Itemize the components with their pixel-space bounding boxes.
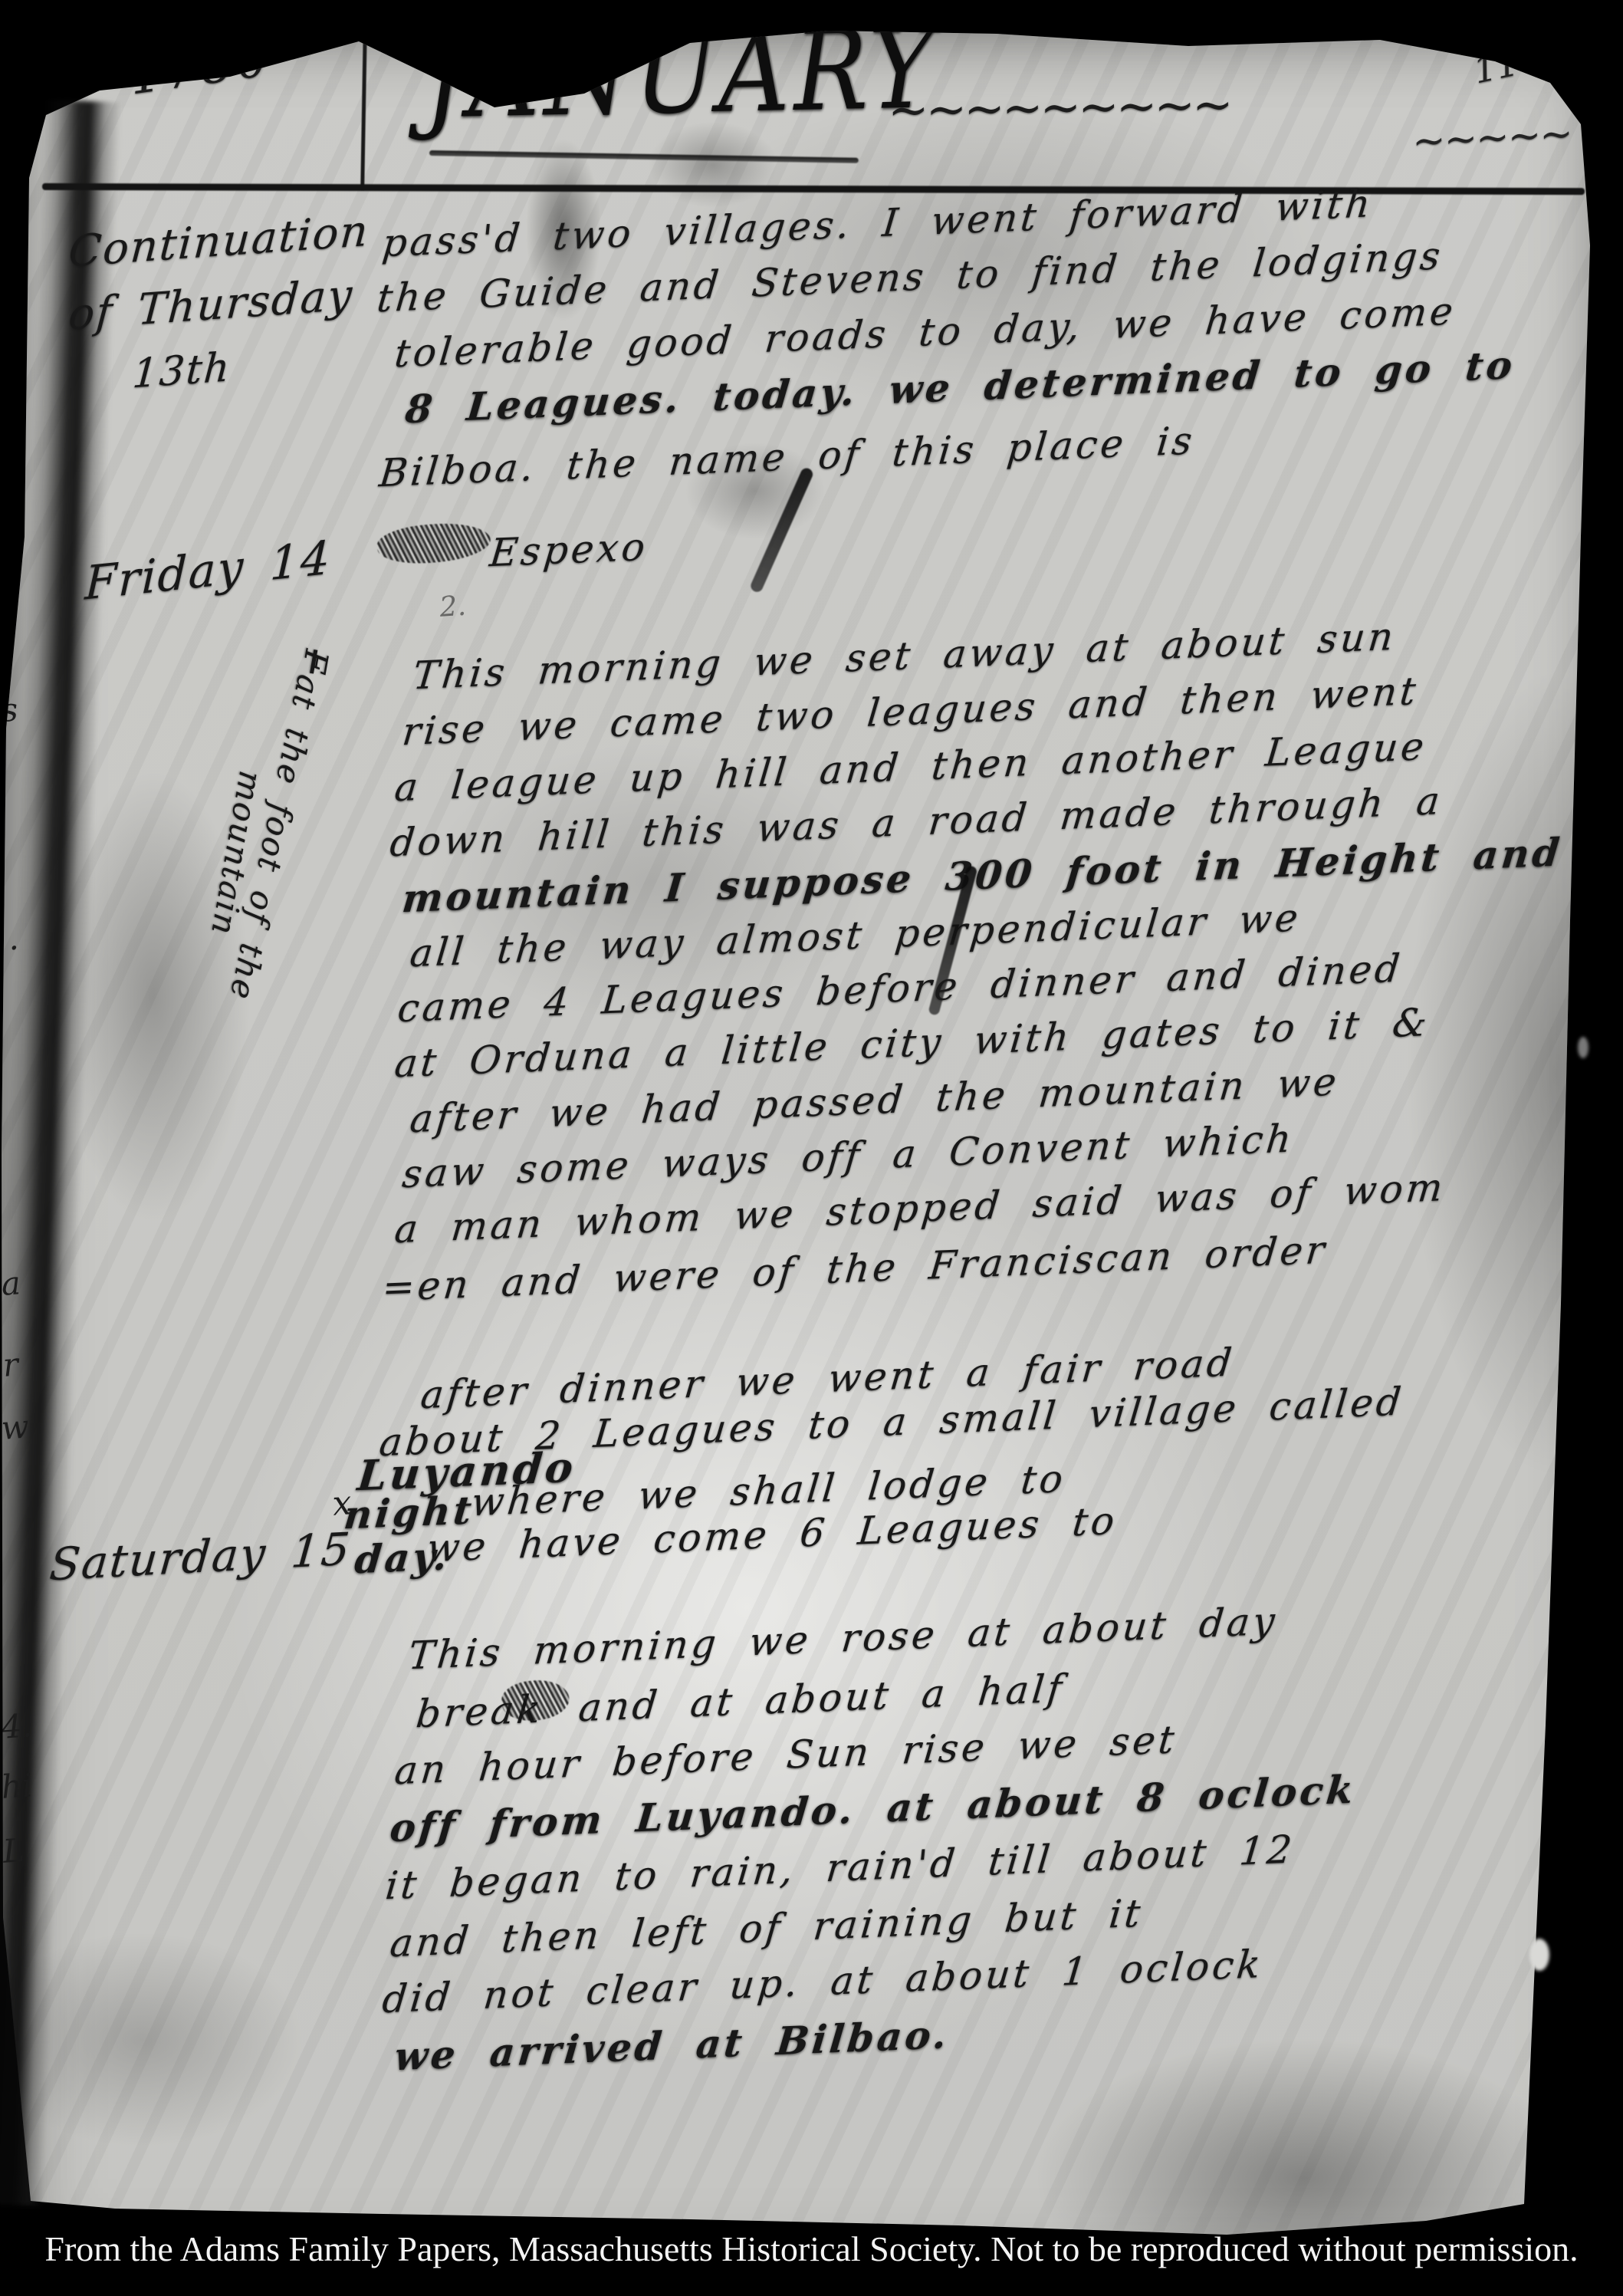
corner-flourish: ~~~~~: [1411, 111, 1573, 166]
margin-heading: 13th: [131, 344, 232, 397]
margin-heading: Friday 14: [84, 531, 333, 610]
photo-speck: [1578, 1037, 1589, 1058]
photo-speck: [1529, 1939, 1549, 1971]
manuscript-line: Espexo: [488, 525, 650, 576]
edge-fragment: r: [2, 1346, 19, 1384]
margin-note: F: [294, 646, 336, 676]
month-title: JANUARY: [423, 4, 940, 144]
manuscript-line: and at about a half: [577, 1666, 1066, 1731]
page-number: 11: [1470, 42, 1522, 92]
edge-fragment: w: [0, 1407, 30, 1446]
edge-fragment: ·: [8, 929, 21, 967]
edge-fragment: 4.: [0, 1706, 33, 1746]
struck-word-scribble: [376, 519, 492, 567]
manuscript-line: Bilboa. the name of this place is: [377, 418, 1197, 495]
diary-page-scan: 1780 JANUARY ~~~~~~~~~ ~~~~~ 11 Continua…: [0, 0, 1623, 2296]
edge-fragment: s: [0, 690, 19, 729]
edge-fragment: 3: [2, 321, 25, 360]
edge-fragment: L: [2, 1831, 25, 1870]
edge-fragment: a: [0, 1264, 21, 1303]
header-flourish: ~~~~~~~~~: [887, 77, 1230, 140]
edge-fragment: -: [0, 465, 14, 504]
manuscript-line: This morning we rose at about day: [406, 1598, 1280, 1678]
x-mark: x: [331, 1483, 353, 1524]
manuscript-line: day.: [353, 1533, 452, 1582]
header-divider: [360, 28, 367, 190]
edge-fragment: hi: [0, 1766, 34, 1806]
attribution-caption: From the Adams Family Papers, Massachuse…: [0, 2229, 1623, 2269]
margin-heading: Continuation: [67, 206, 370, 278]
ink-layer: 1780 JANUARY ~~~~~~~~~ ~~~~~ 11 Continua…: [0, 0, 1623, 2296]
manuscript-line: we arrived at Bilbao.: [393, 2011, 951, 2079]
year-label: 1780: [126, 30, 275, 106]
ink-stroke: [429, 150, 859, 163]
faint-mark: 2.: [439, 590, 467, 623]
margin-heading: of Thursday: [67, 270, 355, 340]
margin-heading: Saturday 15: [48, 1522, 353, 1590]
ink-stroke: [749, 466, 815, 594]
